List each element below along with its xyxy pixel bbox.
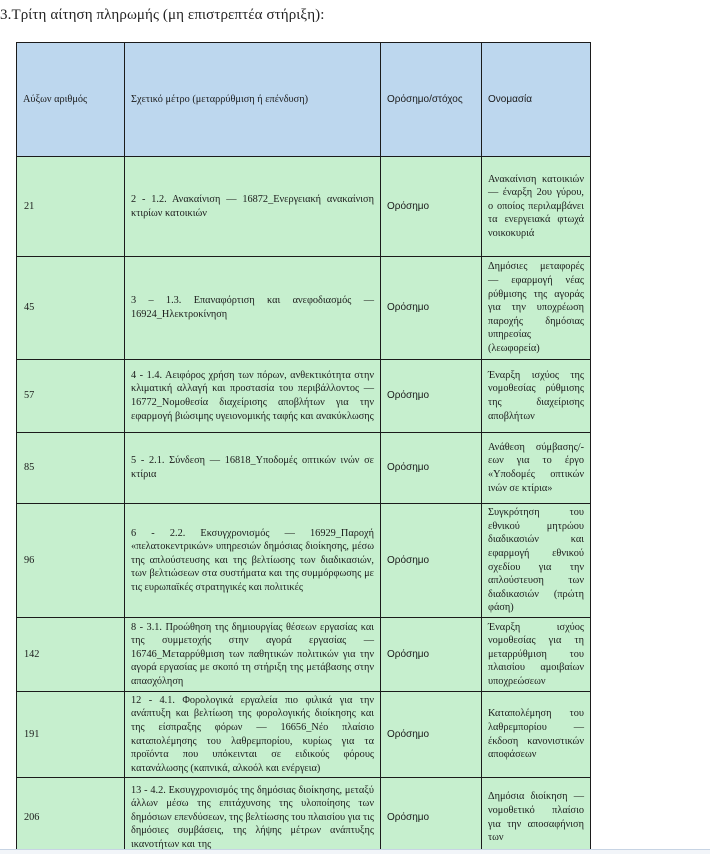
cell-serial-number: 191 xyxy=(17,692,125,778)
cell-related-measure: 5 - 2.1. Σύνδεση — 16818_Υποδομές οπτικώ… xyxy=(125,433,381,504)
cell-name: Ανάθεση σύμβασης/-εων για το έργο «Υποδο… xyxy=(482,433,591,504)
table-row: 453 – 1.3. Επαναφόρτιση και ανεφοδιασμός… xyxy=(17,257,591,360)
cell-related-measure: 6 - 2.2. Εκσυγχρονισμός — 16929_Παροχή «… xyxy=(125,504,381,618)
window-bottom-edge xyxy=(0,849,710,854)
cell-related-measure: 13 - 4.2. Εκσυγχρονισμός της δημόσιας δι… xyxy=(125,778,381,854)
table-row: 1428 - 3.1. Προώθηση της δημιουργίας θέσ… xyxy=(17,618,591,692)
cell-milestone: Ορόσημο xyxy=(381,157,482,257)
cell-related-measure: 8 - 3.1. Προώθηση της δημιουργίας θέσεων… xyxy=(125,618,381,692)
header-serial-number: Αύξων αριθμός xyxy=(17,43,125,157)
cell-name: Δημόσια διοίκηση — νομοθετικό πλαίσιο γι… xyxy=(482,778,591,854)
table-row: 20613 - 4.2. Εκσυγχρονισμός της δημόσιας… xyxy=(17,778,591,854)
cell-name: Ανακαίνιση κατοικιών — έναρξη 2ου γύρου,… xyxy=(482,157,591,257)
cell-name: Συγκρότηση του εθνικού μητρώου διαδικασι… xyxy=(482,504,591,618)
cell-serial-number: 21 xyxy=(17,157,125,257)
payment-request-table-container: Αύξων αριθμός Σχετικό μέτρο (μεταρρύθμισ… xyxy=(16,42,591,854)
cell-name: Δημόσιες μεταφορές — εφαρμογή νέας ρύθμι… xyxy=(482,257,591,360)
cell-serial-number: 206 xyxy=(17,778,125,854)
table-row: 19112 - 4.1. Φορολογικά εργαλεία πιο φιλ… xyxy=(17,692,591,778)
table-row: 212 - 1.2. Ανακαίνιση — 16872_Ενεργειακή… xyxy=(17,157,591,257)
table-row: 966 - 2.2. Εκσυγχρονισμός — 16929_Παροχή… xyxy=(17,504,591,618)
cell-milestone: Ορόσημο xyxy=(381,778,482,854)
header-name: Ονομασία xyxy=(482,43,591,157)
cell-serial-number: 85 xyxy=(17,433,125,504)
header-milestone-target: Ορόσημο/στόχος xyxy=(381,43,482,157)
table-row: 855 - 2.1. Σύνδεση — 16818_Υποδομές οπτι… xyxy=(17,433,591,504)
cell-milestone: Ορόσημο xyxy=(381,433,482,504)
cell-serial-number: 142 xyxy=(17,618,125,692)
cell-serial-number: 45 xyxy=(17,257,125,360)
cell-name: Έναρξη ισχύος νομοθεσίας για τη μεταρρύθ… xyxy=(482,618,591,692)
cell-name: Καταπολέμηση του λαθρεμπορίου — έκδοση κ… xyxy=(482,692,591,778)
cell-serial-number: 96 xyxy=(17,504,125,618)
payment-request-table: Αύξων αριθμός Σχετικό μέτρο (μεταρρύθμισ… xyxy=(16,42,591,854)
table-row: 574 - 1.4. Αειφόρος χρήση των πόρων, ανθ… xyxy=(17,360,591,433)
section-heading: 3.Τρίτη αίτηση πληρωμής (μη επιστρεπτέα … xyxy=(0,7,325,24)
cell-related-measure: 4 - 1.4. Αειφόρος χρήση των πόρων, ανθεκ… xyxy=(125,360,381,433)
header-related-measure: Σχετικό μέτρο (μεταρρύθμιση ή επένδυση) xyxy=(125,43,381,157)
cell-milestone: Ορόσημο xyxy=(381,692,482,778)
cell-milestone: Ορόσημο xyxy=(381,504,482,618)
cell-milestone: Ορόσημο xyxy=(381,257,482,360)
table-header-row: Αύξων αριθμός Σχετικό μέτρο (μεταρρύθμισ… xyxy=(17,43,591,157)
cell-milestone: Ορόσημο xyxy=(381,360,482,433)
cell-serial-number: 57 xyxy=(17,360,125,433)
cell-name: Έναρξη ισχύος της νομοθεσίας ρύθμισης τη… xyxy=(482,360,591,433)
cell-related-measure: 3 – 1.3. Επαναφόρτιση και ανεφοδιασμός —… xyxy=(125,257,381,360)
cell-related-measure: 2 - 1.2. Ανακαίνιση — 16872_Ενεργειακή α… xyxy=(125,157,381,257)
cell-related-measure: 12 - 4.1. Φορολογικά εργαλεία πιο φιλικά… xyxy=(125,692,381,778)
cell-milestone: Ορόσημο xyxy=(381,618,482,692)
